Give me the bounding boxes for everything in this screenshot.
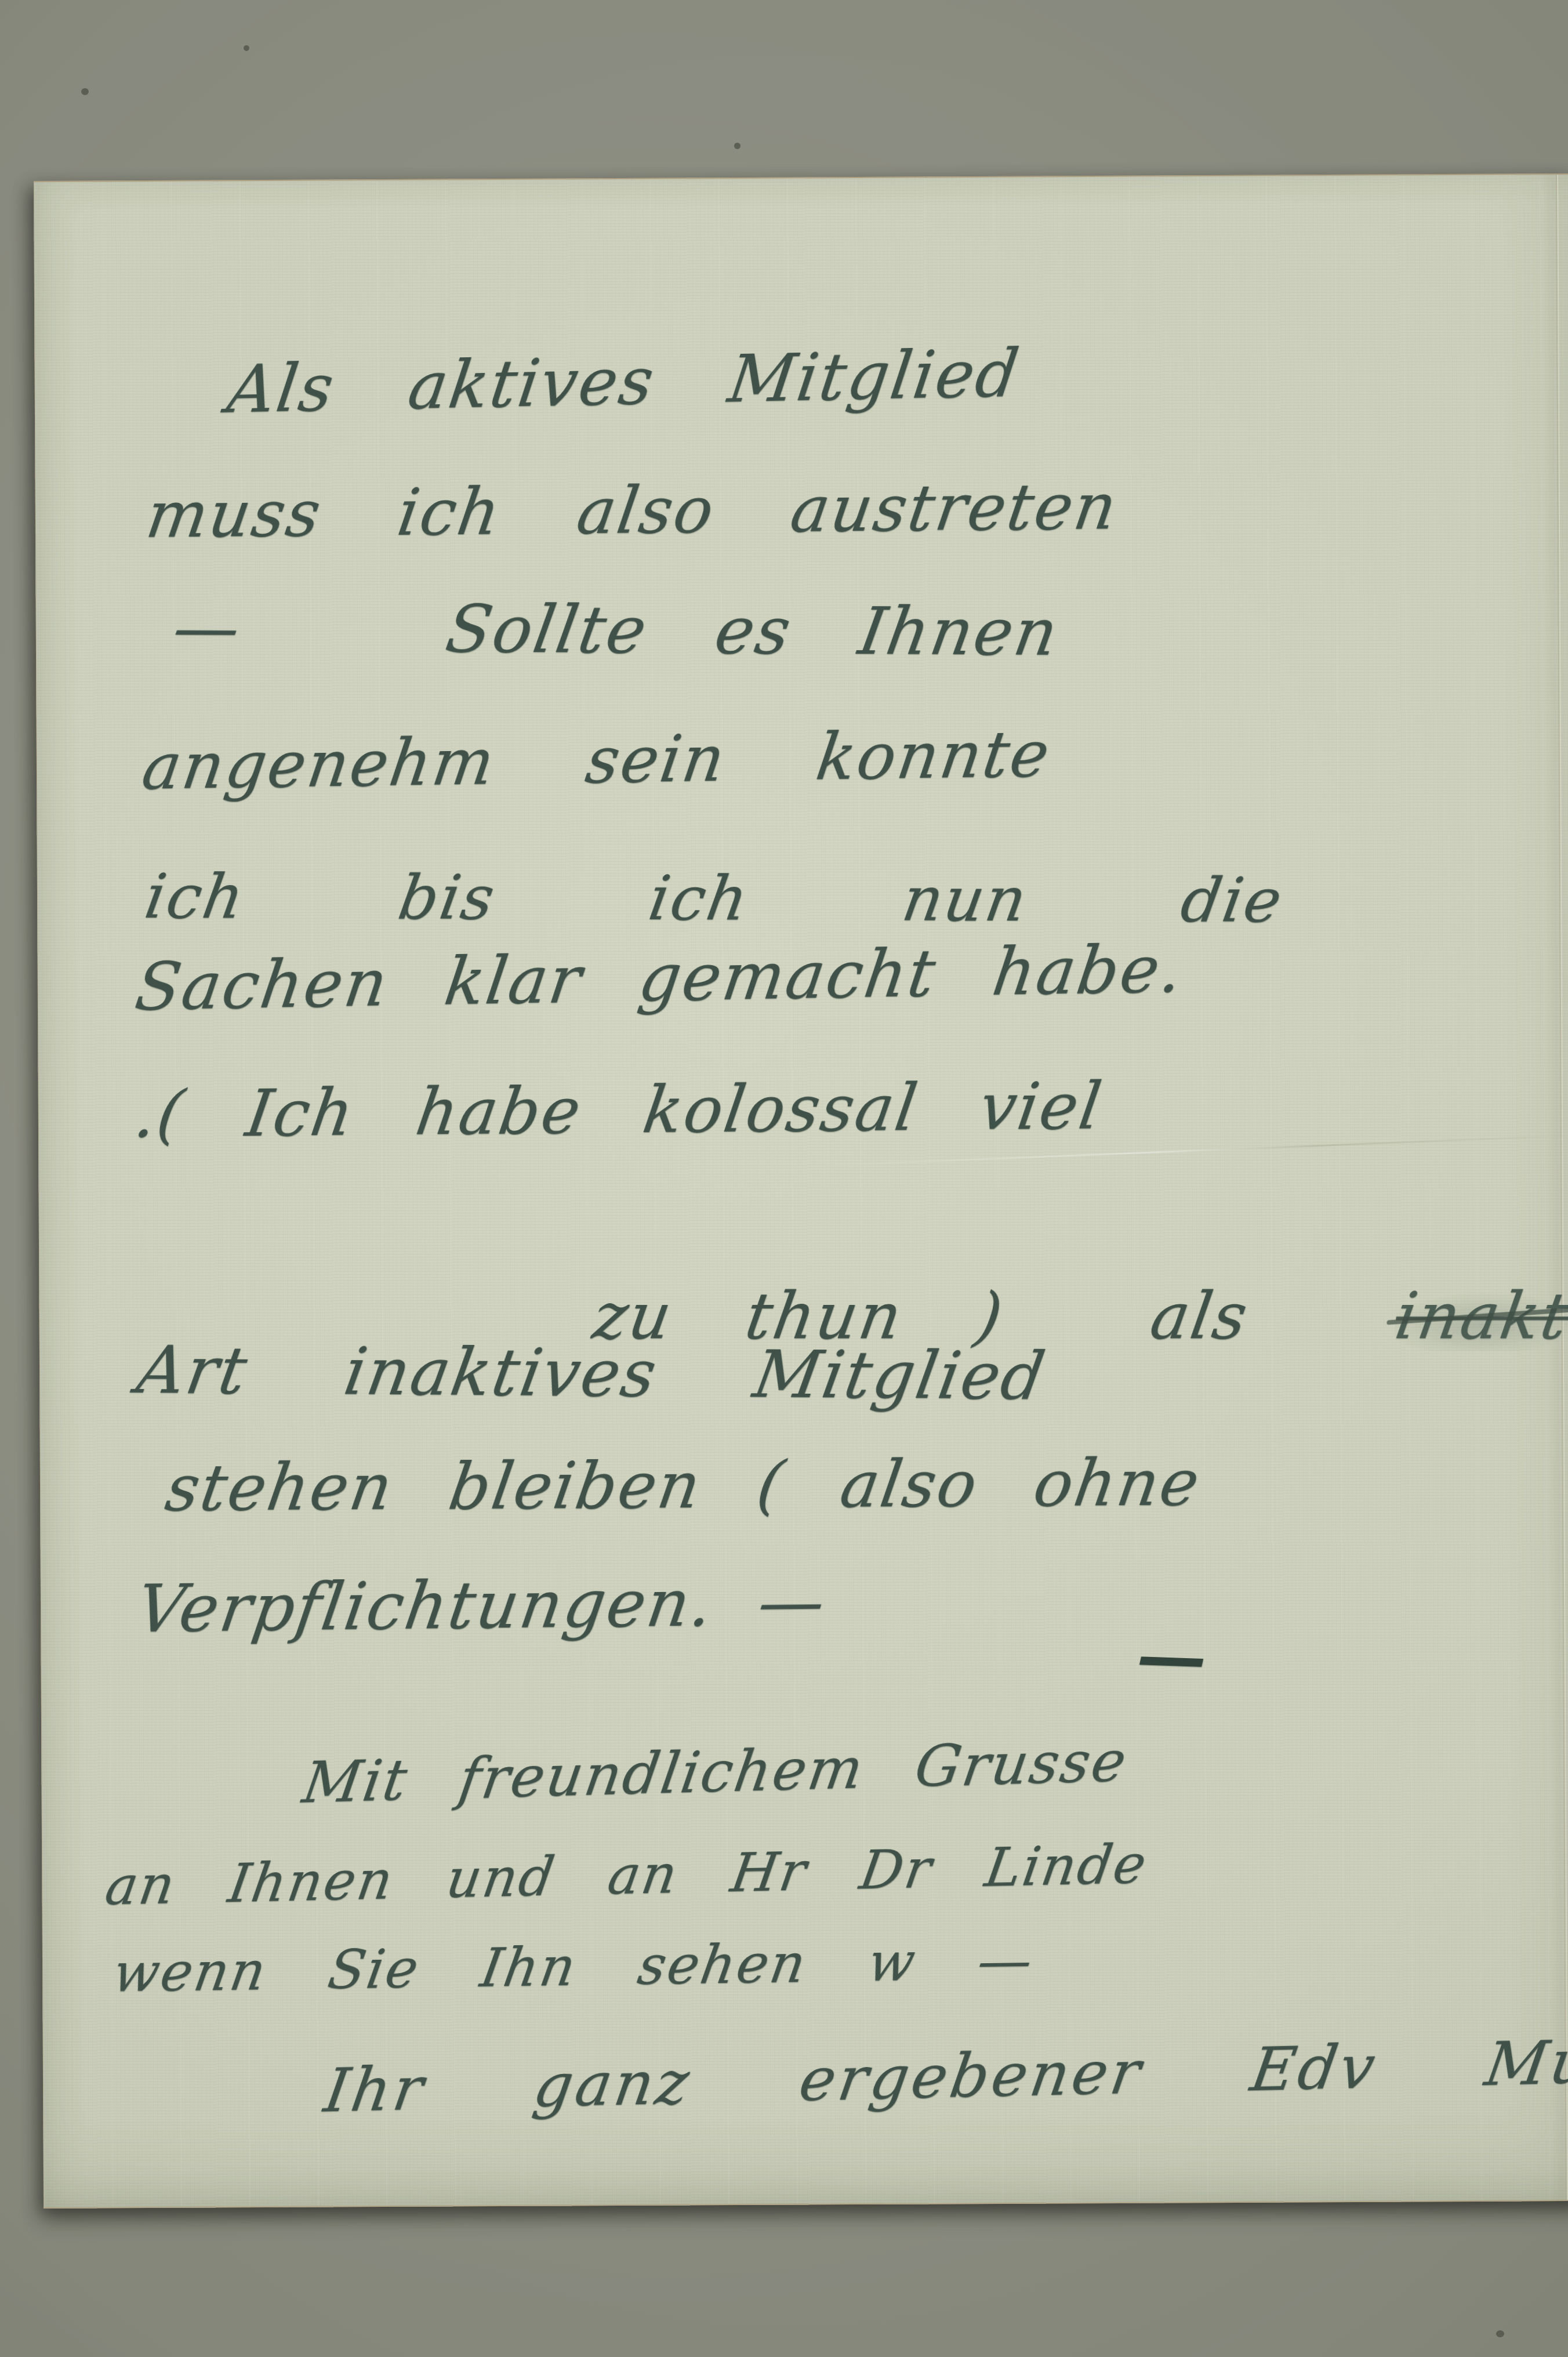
handwriting-line-12-closing: Mit freundlichem Grusse <box>299 1731 1132 1815</box>
handwriting-line-4: angenehm sein konnte <box>138 719 1055 802</box>
handwriting-line-3: — Sollte es Ihnen <box>168 593 1064 669</box>
handwriting-line-5: ich bis ich nun die <box>140 863 1288 934</box>
struck-out-word: inakt <box>1391 1281 1568 1351</box>
ink-dash-mark: — <box>1135 1617 1210 1696</box>
handwriting-line-15-signature: Ihr ganz ergebener Edv Munch <box>320 2026 1568 2124</box>
handwriting-line-2: muss ich also austreten <box>142 472 1123 550</box>
letter-text: Als aktives Mitglied muss ich also austr… <box>0 0 1568 2357</box>
handwriting-line-14-greeting: wenn Sie Ihn sehen w — <box>109 1931 1038 2003</box>
handwriting-line-11: Verpflichtungen. — <box>132 1567 831 1645</box>
handwriting-line-6: Sachen klar gemacht habe. <box>131 934 1188 1024</box>
handwriting-line-9: Art inaktives Mitglied <box>132 1335 1051 1413</box>
handwriting-line-1: Als aktives Mitglied <box>223 338 1024 426</box>
handwriting-line-13-greeting: an Ihnen und an Hr Dr Linde <box>101 1835 1152 1916</box>
handwriting-line-7: .( Ich habe kolossal viel <box>130 1071 1107 1150</box>
photograph-background: Als aktives Mitglied muss ich also austr… <box>0 0 1568 2357</box>
handwriting-line-10: stehen bleiben ( also ohne <box>161 1448 1206 1524</box>
